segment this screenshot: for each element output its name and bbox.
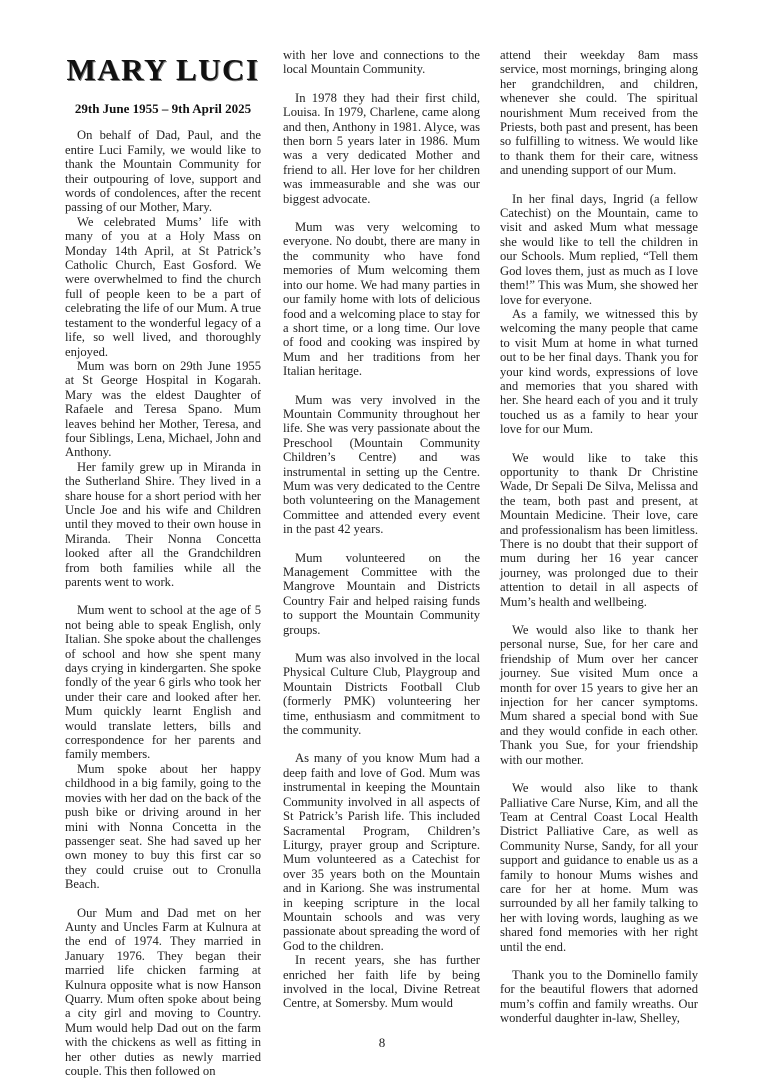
paragraph: Thank you to the Dominello family for th… <box>500 968 698 1026</box>
paragraph: Mum was very involved in the Mountain Co… <box>283 393 480 537</box>
paragraph: As a family, we witnessed this by welcom… <box>500 307 698 437</box>
page-number: 8 <box>0 1036 764 1050</box>
paragraph: In recent years, she has further enriche… <box>283 953 480 1011</box>
paragraph: Her family grew up in Miranda in the Sut… <box>65 460 261 590</box>
paragraph: We would like to take this opportunity t… <box>500 451 698 609</box>
paragraph: On behalf of Dad, Paul, and the entire L… <box>65 128 261 214</box>
paragraph: In 1978 they had their first child, Loui… <box>283 91 480 206</box>
page-title: MARY LUCI <box>65 52 261 88</box>
paragraph: As many of you know Mum had a deep faith… <box>283 751 480 953</box>
paragraph: Mum was born on 29th June 1955 at St Geo… <box>65 359 261 460</box>
paragraph: Mum was very welcoming to everyone. No d… <box>283 220 480 378</box>
paragraph: Mum volunteered on the Management Commit… <box>283 551 480 637</box>
column-2: with her love and connections to the loc… <box>283 48 480 1011</box>
life-dates: 29th June 1955 – 9th April 2025 <box>65 102 261 116</box>
paragraph: Mum spoke about her happy childhood in a… <box>65 762 261 892</box>
paragraph: We celebrated Mums’ life with many of yo… <box>65 215 261 359</box>
paragraph: Mum was also involved in the local Physi… <box>283 651 480 737</box>
column-2-body: with her love and connections to the loc… <box>283 48 480 1011</box>
paragraph: Our Mum and Dad met on her Aunty and Unc… <box>65 906 261 1079</box>
paragraph: We would also like to thank Palliative C… <box>500 781 698 954</box>
paragraph: attend their weekday 8am mass service, m… <box>500 48 698 178</box>
paragraph: Mum went to school at the age of 5 not b… <box>65 603 261 761</box>
column-1-body: On behalf of Dad, Paul, and the entire L… <box>65 128 261 1078</box>
column-3-body: attend their weekday 8am mass service, m… <box>500 48 698 1026</box>
paragraph: In her final days, Ingrid (a fellow Cate… <box>500 192 698 307</box>
column-3: attend their weekday 8am mass service, m… <box>500 48 698 1026</box>
paragraph: with her love and connections to the loc… <box>283 48 480 77</box>
column-1: MARY LUCI 29th June 1955 – 9th April 202… <box>65 48 261 1078</box>
paragraph: We would also like to thank her personal… <box>500 623 698 767</box>
document-page: MARY LUCI 29th June 1955 – 9th April 202… <box>0 0 764 1080</box>
